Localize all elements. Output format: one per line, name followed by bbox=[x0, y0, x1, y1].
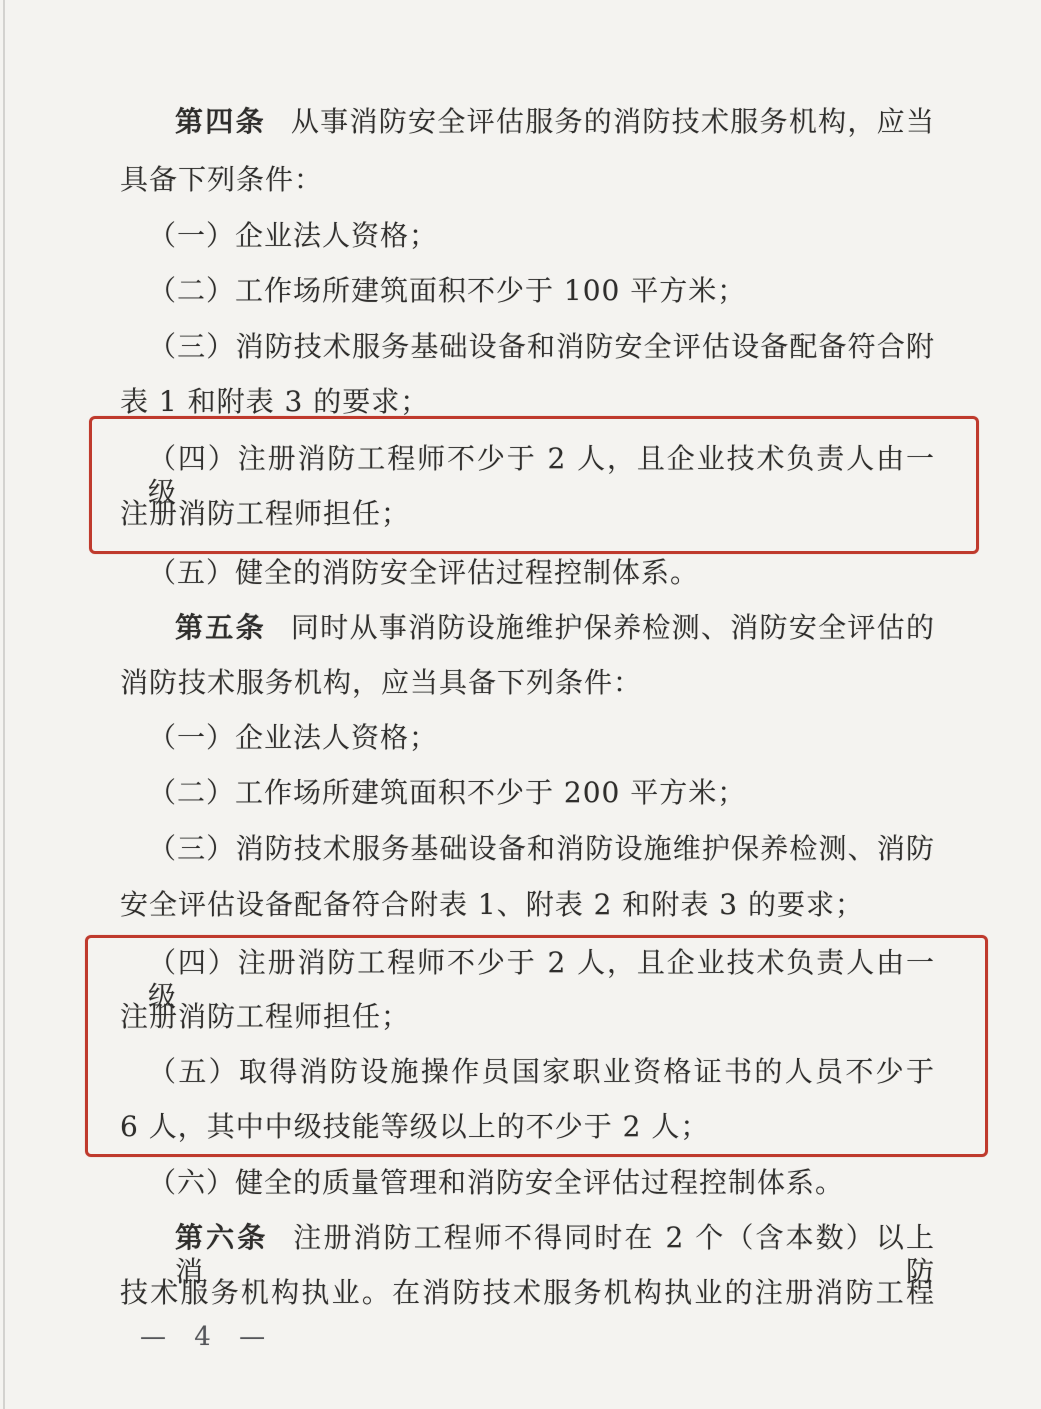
article5-clause5-line2: 6 人，其中中级技能等级以上的不少于 2 人； bbox=[120, 1110, 935, 1144]
article5-clause3-line1: （三）消防技术服务基础设备和消防设施维护保养检测、消防 bbox=[148, 832, 935, 866]
article5-clause6-line: （六）健全的质量管理和消防安全评估过程控制体系。 bbox=[148, 1166, 935, 1200]
article4-clause4-line2: 注册消防工程师担任； bbox=[120, 497, 935, 531]
article4-clause2-line: （二）工作场所建筑面积不少于 100 平方米； bbox=[148, 274, 935, 308]
article5-clause5-line1: （五）取得消防设施操作员国家职业资格证书的人员不少于 bbox=[148, 1055, 935, 1089]
article4-heading-line: 第四条从事消防安全评估服务的消防技术服务机构，应当 bbox=[175, 105, 935, 139]
article5-clause4-line2: 注册消防工程师担任； bbox=[120, 1000, 935, 1034]
article5-clause2-line: （二）工作场所建筑面积不少于 200 平方米； bbox=[148, 776, 935, 810]
article6-continuation-line: 技术服务机构执业。在消防技术服务机构执业的注册消防工程 bbox=[120, 1276, 935, 1310]
page-number: — 4 — bbox=[140, 1322, 275, 1352]
article5-text: 同时从事消防设施维护保养检测、消防安全评估的 bbox=[291, 611, 935, 644]
article5-clause1-line: （一）企业法人资格； bbox=[148, 721, 935, 755]
scan-edge-line bbox=[3, 0, 5, 1409]
article4-clause1-line: （一）企业法人资格； bbox=[148, 219, 935, 253]
article4-number: 第四条 bbox=[175, 105, 266, 138]
document-page: 第四条从事消防安全评估服务的消防技术服务机构，应当 具备下列条件： （一）企业法… bbox=[0, 0, 1041, 1409]
article4-clause3-line2: 表 1 和附表 3 的要求； bbox=[120, 385, 935, 419]
article4-clause5-line: （五）健全的消防安全评估过程控制体系。 bbox=[148, 556, 935, 590]
article4-clause3-line1: （三）消防技术服务基础设备和消防安全评估设备配备符合附 bbox=[148, 330, 935, 364]
article5-continuation-line: 消防技术服务机构，应当具备下列条件： bbox=[120, 666, 935, 700]
article6-number: 第六条 bbox=[175, 1221, 268, 1254]
article4-continuation-line: 具备下列条件： bbox=[120, 163, 935, 197]
article5-clause3-line2: 安全评估设备配备符合附表 1、附表 2 和附表 3 的要求； bbox=[120, 888, 935, 922]
article5-heading-line: 第五条同时从事消防设施维护保养检测、消防安全评估的 bbox=[175, 611, 935, 645]
article4-text: 从事消防安全评估服务的消防技术服务机构，应当 bbox=[291, 105, 935, 138]
article5-number: 第五条 bbox=[175, 611, 266, 644]
